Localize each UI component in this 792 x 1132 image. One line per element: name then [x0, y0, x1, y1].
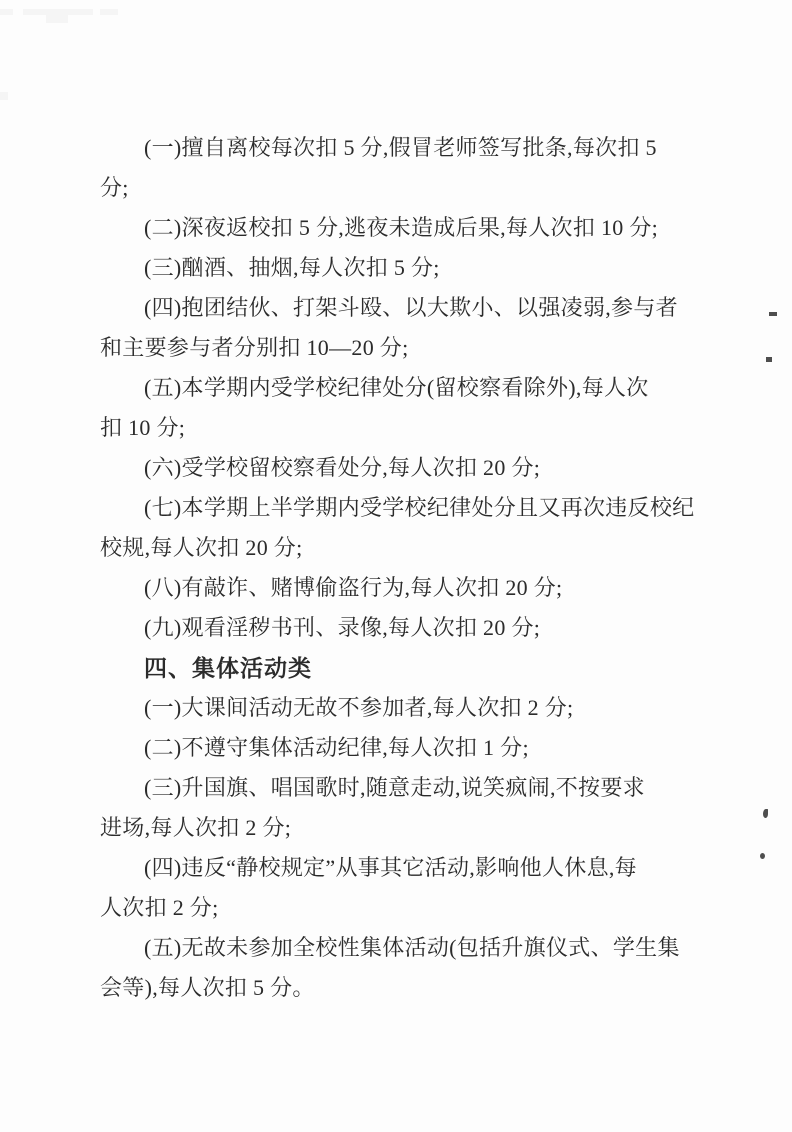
rule-line: (四)抱团结伙、打架斗殴、以大欺小、以强凌弱,参与者	[100, 288, 720, 328]
rule-line-wrap: 校规,每人次扣 20 分;	[100, 528, 720, 568]
rule-line: (三)酗酒、抽烟,每人次扣 5 分;	[100, 248, 720, 288]
scan-smudge	[0, 9, 13, 15]
rule-line: (九)观看淫秽书刊、录像,每人次扣 20 分;	[100, 608, 720, 648]
document-body: (一)擅自离校每次扣 5 分,假冒老师签写批条,每次扣 5 分; (二)深夜返校…	[100, 128, 720, 1008]
scan-smudge	[0, 92, 8, 100]
rule-line: (四)违反“静校规定”从事其它活动,影响他人休息,每	[100, 848, 720, 888]
rule-line-wrap: 人次扣 2 分;	[100, 888, 720, 928]
rule-line: (二)深夜返校扣 5 分,逃夜未造成后果,每人次扣 10 分;	[100, 208, 720, 248]
rule-line: (一)擅自离校每次扣 5 分,假冒老师签写批条,每次扣 5	[100, 128, 720, 168]
rule-line-wrap: 和主要参与者分别扣 10—20 分;	[100, 328, 720, 368]
rule-line: (一)大课间活动无故不参加者,每人次扣 2 分;	[100, 688, 720, 728]
rule-line-wrap: 分;	[100, 168, 720, 208]
scan-speck	[760, 853, 765, 859]
scan-smudge	[46, 15, 68, 23]
rule-line: (八)有敲诈、赌博偷盗行为,每人次扣 20 分;	[100, 568, 720, 608]
scan-smudge	[100, 9, 118, 15]
rule-line: (五)本学期内受学校纪律处分(留校察看除外),每人次	[100, 368, 720, 408]
section-heading: 四、集体活动类	[100, 648, 720, 688]
rule-line: (二)不遵守集体活动纪律,每人次扣 1 分;	[100, 728, 720, 768]
scan-speck	[763, 809, 768, 818]
document-page: (一)擅自离校每次扣 5 分,假冒老师签写批条,每次扣 5 分; (二)深夜返校…	[0, 0, 792, 1132]
rule-line: (七)本学期上半学期内受学校纪律处分且又再次违反校纪	[100, 488, 720, 528]
scan-speck	[766, 357, 772, 362]
rule-line: (六)受学校留校察看处分,每人次扣 20 分;	[100, 448, 720, 488]
rule-line: (五)无故未参加全校性集体活动(包括升旗仪式、学生集	[100, 928, 720, 968]
scan-speck	[769, 312, 777, 316]
rule-line-wrap: 进场,每人次扣 2 分;	[100, 808, 720, 848]
rule-line-wrap: 扣 10 分;	[100, 408, 720, 448]
rule-line-wrap: 会等),每人次扣 5 分。	[100, 968, 720, 1008]
rule-line: (三)升国旗、唱国歌时,随意走动,说笑疯闹,不按要求	[100, 768, 720, 808]
